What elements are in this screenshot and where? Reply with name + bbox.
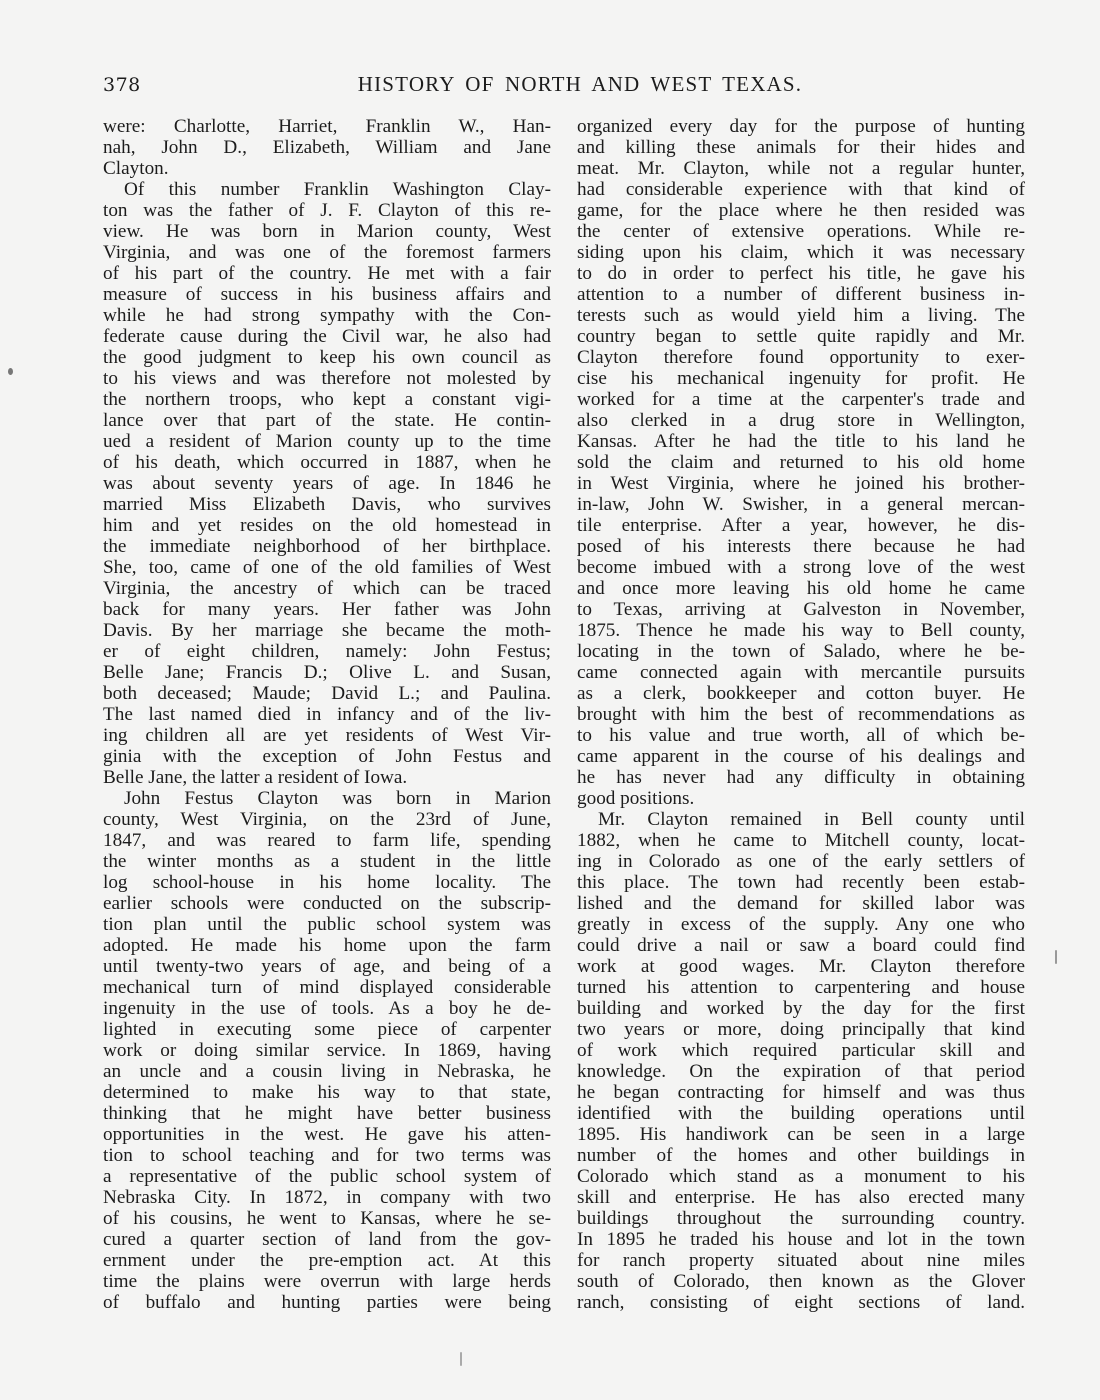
text-line: view. He was born in Marion county, West (103, 221, 551, 242)
text-line: came apparent in the course of his deali… (577, 746, 1025, 767)
text-line: Kansas. After he had the title to his la… (577, 431, 1025, 452)
text-line: work or doing similar service. In 1869, … (103, 1040, 551, 1061)
text-line: the northern troops, who kept a constant… (103, 389, 551, 410)
text-line: good positions. (577, 788, 1025, 809)
text-line: he has never had any difficulty in obtai… (577, 767, 1025, 788)
text-line: south of Colorado, then known as the Glo… (577, 1271, 1025, 1292)
text-line: er of eight children, namely: John Festu… (103, 641, 551, 662)
text-line: was about seventy years of age. In 1846 … (103, 473, 551, 494)
text-line: building and worked by the day for the f… (577, 998, 1025, 1019)
text-line: earlier schools were conducted on the su… (103, 893, 551, 914)
text-line: of work which required particular skill … (577, 1040, 1025, 1061)
text-line: adopted. He made his home upon the farm (103, 935, 551, 956)
text-line: Virginia, and was one of the foremost fa… (103, 242, 551, 263)
text-line: of his death, which occurred in 1887, wh… (103, 452, 551, 473)
text-line: married Miss Elizabeth Davis, who surviv… (103, 494, 551, 515)
text-line: organized every day for the purpose of h… (577, 116, 1025, 137)
text-line: the immediate neighborhood of her birthp… (103, 536, 551, 557)
text-line: nah, John D., Elizabeth, William and Jan… (103, 137, 551, 158)
text-line: knowledge. On the expiration of that per… (577, 1061, 1025, 1082)
text-line: number of the homes and other buildings … (577, 1145, 1025, 1166)
text-line: Davis. By her marriage she became the mo… (103, 620, 551, 641)
text-line: to his views and was therefore not moles… (103, 368, 551, 389)
text-line: thinking that he might have better busin… (103, 1103, 551, 1124)
text-line: mechanical turn of mind displayed consid… (103, 977, 551, 998)
text-line: an uncle and a cousin living in Nebraska… (103, 1061, 551, 1082)
text-line: ing children all are yet residents of We… (103, 725, 551, 746)
text-line: of his part of the country. He met with … (103, 263, 551, 284)
text-line: ginia with the exception of John Festus … (103, 746, 551, 767)
text-line: worked for a time at the carpenter's tra… (577, 389, 1025, 410)
text-line: the winter months as a student in the li… (103, 851, 551, 872)
text-line: become imbued with a strong love of the … (577, 557, 1025, 578)
text-line: 1847, and was reared to farm life, spend… (103, 830, 551, 851)
text-line: until twenty-two years of age, and being… (103, 956, 551, 977)
text-line: Colorado which stand as a monument to hi… (577, 1166, 1025, 1187)
scan-speck (1055, 950, 1057, 964)
text-line: he began contracting for himself and was… (577, 1082, 1025, 1103)
text-line: lished and the demand for skilled labor … (577, 893, 1025, 914)
text-line: in West Virginia, where he joined his br… (577, 473, 1025, 494)
page-number: 378 (103, 74, 141, 96)
text-line: back for many years. Her father was John (103, 599, 551, 620)
text-line: ued a resident of Marion county up to th… (103, 431, 551, 452)
text-line: ing in Colorado as one of the early sett… (577, 851, 1025, 872)
text-line: the good judgment to keep his own counci… (103, 347, 551, 368)
text-line: for ranch property situated about nine m… (577, 1250, 1025, 1271)
text-line: game, for the place where he then reside… (577, 200, 1025, 221)
text-line: ernment under the pre-emption act. At th… (103, 1250, 551, 1271)
text-line: siding upon his claim, which it was nece… (577, 242, 1025, 263)
text-line: ingenuity in the use of tools. As a boy … (103, 998, 551, 1019)
text-line: could drive a nail or saw a board could … (577, 935, 1025, 956)
text-line: county, West Virginia, on the 23rd of Ju… (103, 809, 551, 830)
text-line: Clayton. (103, 158, 551, 179)
text-line: two years or more, doing principally tha… (577, 1019, 1025, 1040)
text-line: cured a quarter section of land from the… (103, 1229, 551, 1250)
text-line: tile enterprise. After a year, however, … (577, 515, 1025, 536)
text-line: skill and enterprise. He has also erecte… (577, 1187, 1025, 1208)
text-line: Of this number Franklin Washington Clay- (103, 179, 551, 200)
text-line: 1875. Thence he made his way to Bell cou… (577, 620, 1025, 641)
text-line: the center of extensive operations. Whil… (577, 221, 1025, 242)
text-line: 1895. His handiwork can be seen in a lar… (577, 1124, 1025, 1145)
text-line: In 1895 he traded his house and lot in t… (577, 1229, 1025, 1250)
text-line: John Festus Clayton was born in Marion (103, 788, 551, 809)
text-line: Nebraska City. In 1872, in company with … (103, 1187, 551, 1208)
text-line: locating in the town of Salado, where he… (577, 641, 1025, 662)
text-line: came connected again with mercantile pur… (577, 662, 1025, 683)
text-line: greatly in excess of the supply. Any one… (577, 914, 1025, 935)
text-line: identified with the building operations … (577, 1103, 1025, 1124)
text-line: brought with him the best of recommendat… (577, 704, 1025, 725)
text-line: time the plains were overrun with large … (103, 1271, 551, 1292)
text-line: Virginia, the ancestry of which can be t… (103, 578, 551, 599)
text-line: of buffalo and hunting parties were bein… (103, 1292, 551, 1313)
text-line: cise his mechanical ingenuity for profit… (577, 368, 1025, 389)
text-line: meat. Mr. Clayton, while not a regular h… (577, 158, 1025, 179)
text-line: work at good wages. Mr. Clayton therefor… (577, 956, 1025, 977)
text-line: both deceased; Maude; David L.; and Paul… (103, 683, 551, 704)
left-column: were: Charlotte, Harriet, Franklin W., H… (103, 116, 551, 1313)
text-line: opportunities in the west. He gave his a… (103, 1124, 551, 1145)
text-line: a representative of the public school sy… (103, 1166, 551, 1187)
scan-speck (460, 1352, 462, 1366)
text-line: turned his attention to carpentering and… (577, 977, 1025, 998)
text-line: also clerked in a drug store in Wellingt… (577, 410, 1025, 431)
text-line: lighted in executing some piece of carpe… (103, 1019, 551, 1040)
text-line: were: Charlotte, Harriet, Franklin W., H… (103, 116, 551, 137)
text-line: buildings throughout the surrounding cou… (577, 1208, 1025, 1229)
text-line: in-law, John W. Swisher, in a general me… (577, 494, 1025, 515)
text-line: ranch, consisting of eight sections of l… (577, 1292, 1025, 1313)
text-line: federate cause during the Civil war, he … (103, 326, 551, 347)
text-line: Belle Jane; Francis D.; Olive L. and Sus… (103, 662, 551, 683)
text-line: to his value and true worth, all of whic… (577, 725, 1025, 746)
text-line: lance over that part of the state. He co… (103, 410, 551, 431)
text-line: posed of his interests there because he … (577, 536, 1025, 557)
text-line: attention to a number of different busin… (577, 284, 1025, 305)
text-line: measure of success in his business affai… (103, 284, 551, 305)
scan-speck (8, 368, 13, 375)
text-line: tion to school teaching and for two term… (103, 1145, 551, 1166)
text-line: had considerable experience with that ki… (577, 179, 1025, 200)
text-line: while he had strong sympathy with the Co… (103, 305, 551, 326)
text-line: 1882, when he came to Mitchell county, l… (577, 830, 1025, 851)
text-line: of his cousins, he went to Kansas, where… (103, 1208, 551, 1229)
text-line: country began to settle quite rapidly an… (577, 326, 1025, 347)
text-line: Mr. Clayton remained in Bell county unti… (577, 809, 1025, 830)
text-line: She, too, came of one of the old familie… (103, 557, 551, 578)
text-line: ton was the father of J. F. Clayton of t… (103, 200, 551, 221)
text-line: to Texas, arriving at Galveston in Novem… (577, 599, 1025, 620)
text-line: sold the claim and returned to his old h… (577, 452, 1025, 473)
running-title: HISTORY OF NORTH AND WEST TEXAS. (300, 72, 860, 97)
text-line: Belle Jane, the latter a resident of Iow… (103, 767, 551, 788)
text-line: this place. The town had recently been e… (577, 872, 1025, 893)
text-line: tion plan until the public school system… (103, 914, 551, 935)
text-line: and once more leaving his old home he ca… (577, 578, 1025, 599)
right-column: organized every day for the purpose of h… (577, 116, 1025, 1313)
text-line: as a clerk, bookkeeper and cotton buyer.… (577, 683, 1025, 704)
text-line: him and yet resides on the old homestead… (103, 515, 551, 536)
text-line: and killing these animals for their hide… (577, 137, 1025, 158)
text-line: to do in order to perfect his title, he … (577, 263, 1025, 284)
text-line: determined to make his way to that state… (103, 1082, 551, 1103)
text-line: The last named died in infancy and of th… (103, 704, 551, 725)
text-line: terests such as would yield him a living… (577, 305, 1025, 326)
text-line: Clayton therefore found opportunity to e… (577, 347, 1025, 368)
text-line: log school-house in his home locality. T… (103, 872, 551, 893)
